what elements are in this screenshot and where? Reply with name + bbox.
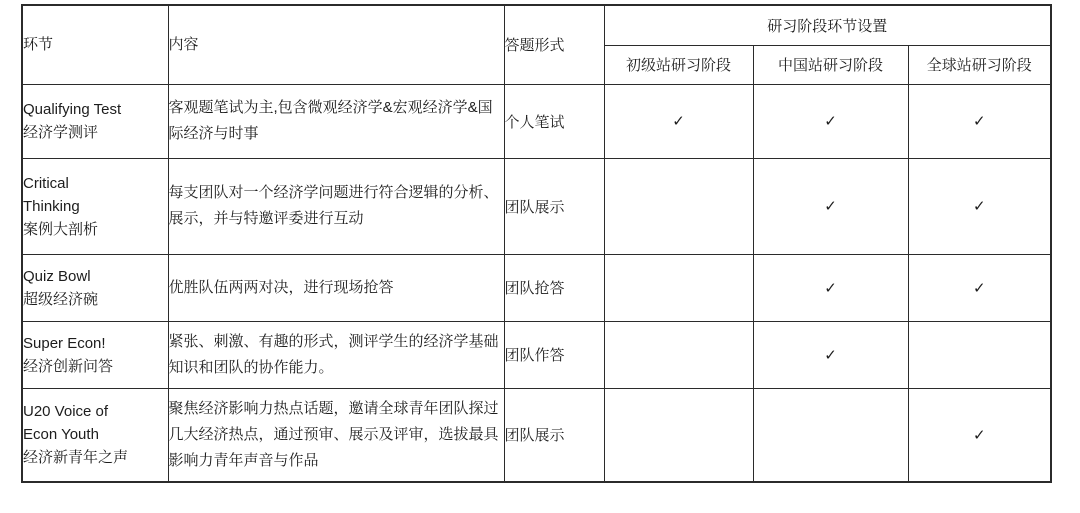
stage-name-en: Quiz Bowl <box>23 265 168 288</box>
check-cell-global <box>908 321 1051 388</box>
stage-cell: U20 Voice of Econ Youth 经济新青年之声 <box>22 388 168 482</box>
header-sub-junior: 初级站研习阶段 <box>604 45 753 84</box>
stage-name-en: Econ Youth <box>23 423 168 446</box>
stage-cell: Super Econ! 经济创新问答 <box>22 321 168 388</box>
check-cell-china: ✓ <box>753 84 908 158</box>
stage-cell: Quiz Bowl 超级经济碗 <box>22 254 168 321</box>
check-cell-china: ✓ <box>753 254 908 321</box>
header-group-setup: 研习阶段环节设置 <box>604 5 1051 45</box>
check-cell-global: ✓ <box>908 388 1051 482</box>
check-cell-junior <box>604 321 753 388</box>
content-cell: 每支团队对一个经济学问题进行符合逻辑的分析、展示，并与特邀评委进行互动 <box>168 158 504 254</box>
header-sub-global: 全球站研习阶段 <box>908 45 1051 84</box>
header-row-group: 环节 内容 答题形式 研习阶段环节设置 <box>22 5 1051 45</box>
table-row-u20-voice: U20 Voice of Econ Youth 经济新青年之声 聚焦经济影响力热… <box>22 388 1051 482</box>
content-cell: 紧张、刺激、有趣的形式，测评学生的经济学基础知识和团队的协作能力。 <box>168 321 504 388</box>
format-cell: 个人笔试 <box>504 84 604 158</box>
check-cell-global: ✓ <box>908 158 1051 254</box>
stage-name-zh: 超级经济碗 <box>23 288 168 311</box>
table-row-quiz-bowl: Quiz Bowl 超级经济碗 优胜队伍两两对决，进行现场抢答 团队抢答 ✓ ✓ <box>22 254 1051 321</box>
stage-name-en: Critical <box>23 172 168 195</box>
format-cell: 团队抢答 <box>504 254 604 321</box>
stage-name-en: Qualifying Test <box>23 98 168 121</box>
stage-name-zh: 经济学测评 <box>23 121 168 144</box>
stage-cell: Qualifying Test 经济学测评 <box>22 84 168 158</box>
header-stage: 环节 <box>22 5 168 84</box>
stage-cell: Critical Thinking 案例大剖析 <box>22 158 168 254</box>
check-cell-global: ✓ <box>908 254 1051 321</box>
header-sub-china: 中国站研习阶段 <box>753 45 908 84</box>
format-cell: 团队展示 <box>504 388 604 482</box>
stage-name-en: U20 Voice of <box>23 400 168 423</box>
check-cell-china: ✓ <box>753 158 908 254</box>
header-format: 答题形式 <box>504 5 604 84</box>
check-cell-junior <box>604 158 753 254</box>
content-cell: 客观题笔试为主,包含微观经济学&宏观经济学&国际经济与时事 <box>168 84 504 158</box>
stage-name-en: Thinking <box>23 195 168 218</box>
table-row-critical-thinking: Critical Thinking 案例大剖析 每支团队对一个经济学问题进行符合… <box>22 158 1051 254</box>
stage-name-en: Super Econ! <box>23 332 168 355</box>
check-cell-china <box>753 388 908 482</box>
stage-name-zh: 经济新青年之声 <box>23 446 168 469</box>
header-content: 内容 <box>168 5 504 84</box>
stage-name-zh: 案例大剖析 <box>23 218 168 241</box>
check-cell-junior <box>604 254 753 321</box>
check-cell-global: ✓ <box>908 84 1051 158</box>
content-cell: 聚焦经济影响力热点话题，邀请全球青年团队探过几大经济热点，通过预审、展示及评审，… <box>168 388 504 482</box>
format-cell: 团队展示 <box>504 158 604 254</box>
check-cell-china: ✓ <box>753 321 908 388</box>
stage-name-zh: 经济创新问答 <box>23 355 168 378</box>
content-cell: 优胜队伍两两对决，进行现场抢答 <box>168 254 504 321</box>
table-row-super-econ: Super Econ! 经济创新问答 紧张、刺激、有趣的形式，测评学生的经济学基… <box>22 321 1051 388</box>
table-row-qualifying-test: Qualifying Test 经济学测评 客观题笔试为主,包含微观经济学&宏观… <box>22 84 1051 158</box>
check-cell-junior: ✓ <box>604 84 753 158</box>
format-cell: 团队作答 <box>504 321 604 388</box>
stage-setup-table: 环节 内容 答题形式 研习阶段环节设置 初级站研习阶段 中国站研习阶段 全球站研… <box>21 4 1052 483</box>
check-cell-junior <box>604 388 753 482</box>
stage-setup-table-wrap: 环节 内容 答题形式 研习阶段环节设置 初级站研习阶段 中国站研习阶段 全球站研… <box>21 4 1052 483</box>
